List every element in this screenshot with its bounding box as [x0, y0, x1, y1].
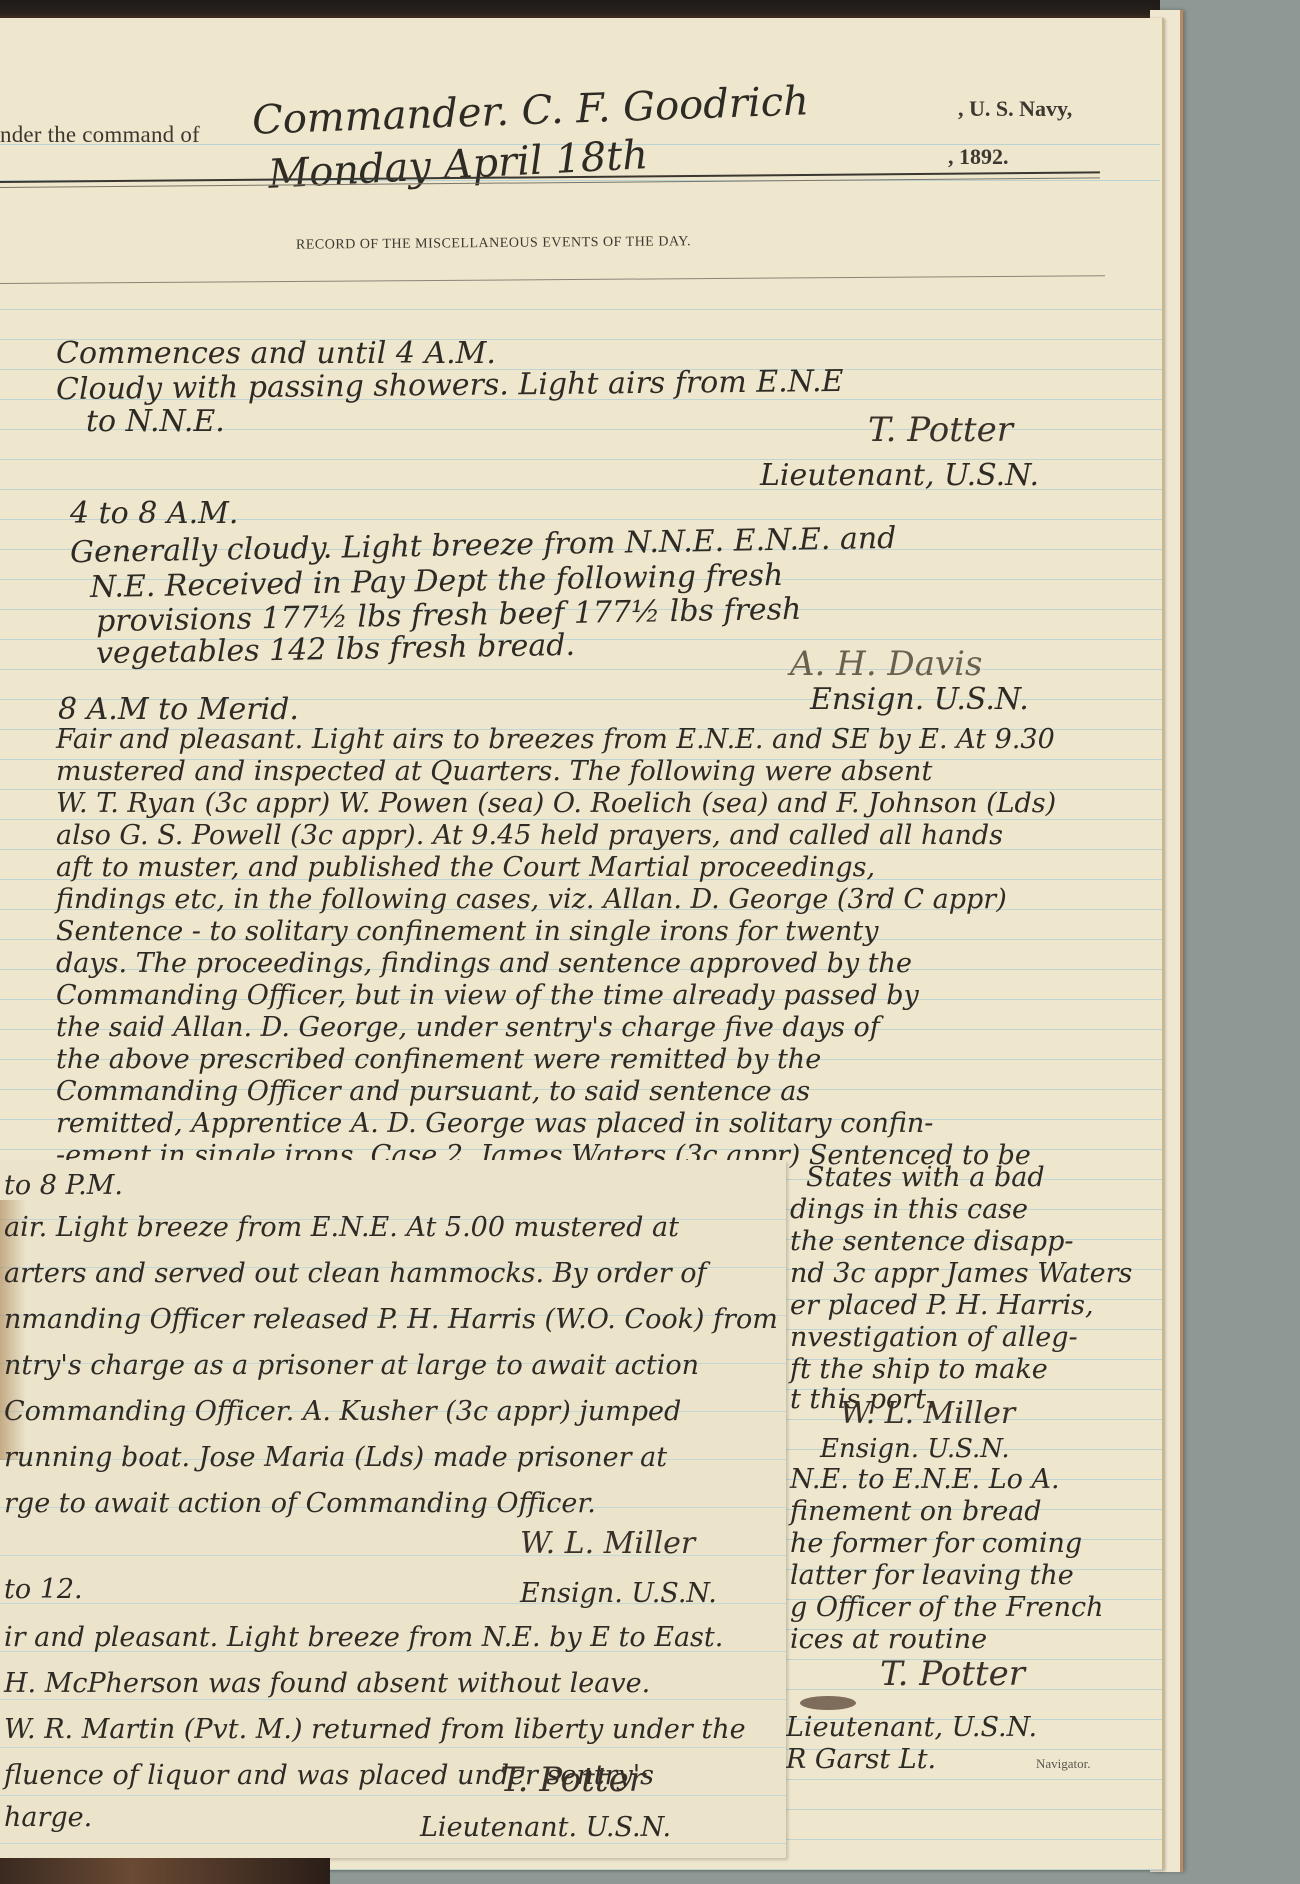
- officer-rank: Lieutenant, U.S.N.: [786, 1712, 1037, 1743]
- entry-line: Commanding Officer, but in view of the t…: [56, 980, 919, 1011]
- entry-fragment: ft the ship to make: [790, 1354, 1048, 1385]
- entry-line: harge.: [4, 1802, 92, 1833]
- entry-line: remitted, Apprentice A. D. George was pl…: [56, 1108, 933, 1139]
- officer-rank: Lieutenant. U.S.N.: [420, 1812, 671, 1843]
- officer-signature: W. L. Miller: [520, 1526, 695, 1561]
- officer-rank: Ensign. U.S.N.: [820, 1434, 1010, 1464]
- navigator-signature: R Garst Lt.: [786, 1744, 936, 1775]
- entry-fragment: nvestigation of alleg-: [790, 1322, 1078, 1353]
- watch-label: 8 A.M to Merid.: [58, 692, 299, 727]
- entry-line: aft to muster, and published the Court M…: [56, 852, 875, 883]
- entry-line: arters and served out clean hammocks. By…: [4, 1258, 707, 1289]
- entry-line: H. McPherson was found absent without le…: [4, 1668, 650, 1699]
- entry-line: nmanding Officer released P. H. Harris (…: [4, 1304, 778, 1335]
- officer-rank: Lieutenant, U.S.N.: [760, 458, 1039, 493]
- ink-blot: [800, 1696, 856, 1710]
- entry-line: W. R. Martin (Pvt. M.) returned from lib…: [4, 1714, 746, 1745]
- officer-rank: Ensign. U.S.N.: [810, 682, 1029, 717]
- pasted-slip: to 8 P.M. air. Light breeze from E.N.E. …: [0, 1160, 786, 1858]
- watch-label: to 12.: [4, 1574, 83, 1605]
- entry-line: mustered and inspected at Quarters. The …: [56, 756, 932, 787]
- entry-line: Fair and pleasant. Light airs to breezes…: [56, 724, 1055, 755]
- watch-label: Commences and until 4 A.M.: [56, 336, 496, 371]
- entry-line: rge to await action of Commanding Office…: [4, 1488, 596, 1519]
- entry-line: ntry's charge as a prisoner at large to …: [4, 1350, 699, 1381]
- entry-fragment: ices at routine: [790, 1624, 987, 1655]
- entry-fragment: er placed P. H. Harris,: [790, 1290, 1094, 1321]
- officer-signature: W. L. Miller: [840, 1396, 1015, 1431]
- watch-fragment: N.E. to E.N.E. Lo A.: [790, 1464, 1060, 1495]
- book-binding-bottom: [0, 1858, 330, 1884]
- entry-line: running boat. Jose Maria (Lds) made pris…: [4, 1442, 667, 1473]
- printed-command-prefix: nder the command of: [0, 122, 200, 148]
- entry-line: the above prescribed confinement were re…: [56, 1044, 821, 1075]
- officer-signature: T. Potter: [868, 410, 1013, 450]
- officer-signature: A. H. Davis: [790, 644, 983, 684]
- entry-line: the said Allan. D. George, under sentry'…: [56, 1012, 880, 1043]
- entry-fragment: the sentence disapp-: [790, 1226, 1074, 1257]
- entry-fragment: g Officer of the French: [790, 1592, 1104, 1623]
- entry-fragment: dings in this case: [790, 1194, 1028, 1225]
- entry-line: also G. S. Powell (3c appr). At 9.45 hel…: [56, 820, 1003, 851]
- entry-fragment: latter for leaving the: [790, 1560, 1074, 1591]
- log-year: , 1892.: [948, 144, 1009, 170]
- entry-line: air. Light breeze from E.N.E. At 5.00 mu…: [4, 1212, 679, 1243]
- entry-line: findings etc, in the following cases, vi…: [56, 884, 1007, 915]
- entry-line: ir and pleasant. Light breeze from N.E. …: [4, 1622, 723, 1653]
- printed-navigator-label: Navigator.: [1036, 1756, 1091, 1772]
- entry-line: W. T. Ryan (3c appr) W. Powen (sea) O. R…: [56, 788, 1056, 819]
- entry-fragment: finement on bread: [790, 1496, 1042, 1527]
- entry-line: to N.N.E.: [86, 404, 225, 439]
- entry-line: days. The proceedings, findings and sent…: [56, 948, 912, 979]
- entry-fragment: he former for coming: [790, 1528, 1082, 1559]
- printed-navy: , U. S. Navy,: [958, 96, 1072, 122]
- entry-fragment: nd 3c appr James Waters: [790, 1258, 1132, 1289]
- entry-line: Sentence - to solitary confinement in si…: [56, 916, 879, 947]
- officer-signature: T. Potter: [500, 1760, 645, 1800]
- entry-line: Commanding Officer. A. Kusher (3c appr) …: [4, 1396, 681, 1427]
- officer-signature: T. Potter: [880, 1654, 1025, 1694]
- officer-rank: Ensign. U.S.N.: [520, 1578, 717, 1609]
- watch-label: 4 to 8 A.M.: [70, 496, 238, 531]
- watch-label: to 8 P.M.: [4, 1170, 123, 1201]
- entry-line: States with a bad: [806, 1162, 1045, 1193]
- entry-line: Commanding Officer and pursuant, to said…: [56, 1076, 810, 1107]
